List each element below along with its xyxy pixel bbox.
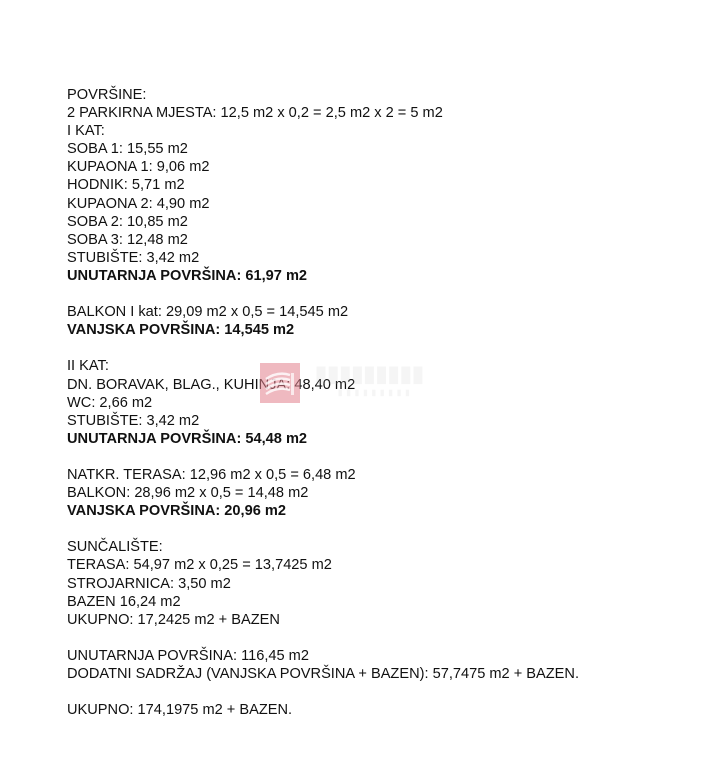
section-line: UKUPNO: 174,1975 m2 + BAZEN. — [67, 701, 579, 719]
sections-container: 2 PARKIRNA MJESTA: 12,5 m2 x 0,2 = 2,5 m… — [67, 104, 579, 719]
section-line: DN. BORAVAK, BLAG., KUHINJA: 48,40 m2 — [67, 376, 579, 394]
section-line: 2 PARKIRNA MJESTA: 12,5 m2 x 0,2 = 2,5 m… — [67, 104, 579, 122]
section-line: STROJARNICA: 3,50 m2 — [67, 575, 579, 593]
section-line: SOBA 2: 10,85 m2 — [67, 213, 579, 231]
section-line: II KAT: — [67, 357, 579, 375]
section-line: NATKR. TERASA: 12,96 m2 x 0,5 = 6,48 m2 — [67, 466, 579, 484]
section-line: TERASA: 54,97 m2 x 0,25 = 13,7425 m2 — [67, 556, 579, 574]
document-body: POVRŠINE: 2 PARKIRNA MJESTA: 12,5 m2 x 0… — [67, 86, 579, 719]
section-spacer — [67, 339, 579, 357]
section-total: UKUPNO: 174,1975 m2 + BAZEN. — [67, 701, 579, 719]
section-total-line: VANJSKA POVRŠINA: 20,96 m2 — [67, 502, 579, 520]
section-line: KUPAONA 2: 4,90 m2 — [67, 195, 579, 213]
section-line: HODNIK: 5,71 m2 — [67, 176, 579, 194]
section-summary: UNUTARNJA POVRŠINA: 116,45 m2DODATNI SAD… — [67, 647, 579, 683]
section-line: DODATNI SADRŽAJ (VANJSKA POVRŠINA + BAZE… — [67, 665, 579, 683]
section-line: SOBA 3: 12,48 m2 — [67, 231, 579, 249]
section-line: BAZEN 16,24 m2 — [67, 593, 579, 611]
section-line: BALKON: 28,96 m2 x 0,5 = 14,48 m2 — [67, 484, 579, 502]
section-spacer — [67, 448, 579, 466]
section-line: STUBIŠTE: 3,42 m2 — [67, 249, 579, 267]
section-first-floor: I KAT:SOBA 1: 15,55 m2KUPAONA 1: 9,06 m2… — [67, 122, 579, 285]
section-line: UKUPNO: 17,2425 m2 + BAZEN — [67, 611, 579, 629]
section-sun-deck: SUNČALIŠTE:TERASA: 54,97 m2 x 0,25 = 13,… — [67, 538, 579, 628]
section-line: BALKON I kat: 29,09 m2 x 0,5 = 14,545 m2 — [67, 303, 579, 321]
document-title: POVRŠINE: — [67, 86, 579, 104]
section-line: KUPAONA 1: 9,06 m2 — [67, 158, 579, 176]
section-total-line: UNUTARNJA POVRŠINA: 61,97 m2 — [67, 267, 579, 285]
section-line: SOBA 1: 15,55 m2 — [67, 140, 579, 158]
section-total-line: UNUTARNJA POVRŠINA: 54,48 m2 — [67, 430, 579, 448]
section-line: SUNČALIŠTE: — [67, 538, 579, 556]
section-spacer — [67, 285, 579, 303]
section-total-line: VANJSKA POVRŠINA: 14,545 m2 — [67, 321, 579, 339]
section-spacer — [67, 520, 579, 538]
section-spacer — [67, 629, 579, 647]
section-parking: 2 PARKIRNA MJESTA: 12,5 m2 x 0,2 = 2,5 m… — [67, 104, 579, 122]
section-line: I KAT: — [67, 122, 579, 140]
section-second-floor-outdoor: NATKR. TERASA: 12,96 m2 x 0,5 = 6,48 m2B… — [67, 466, 579, 520]
section-spacer — [67, 683, 579, 701]
section-line: WC: 2,66 m2 — [67, 394, 579, 412]
section-second-floor: II KAT:DN. BORAVAK, BLAG., KUHINJA: 48,4… — [67, 357, 579, 447]
section-first-floor-outdoor: BALKON I kat: 29,09 m2 x 0,5 = 14,545 m2… — [67, 303, 579, 339]
section-line: UNUTARNJA POVRŠINA: 116,45 m2 — [67, 647, 579, 665]
section-line: STUBIŠTE: 3,42 m2 — [67, 412, 579, 430]
